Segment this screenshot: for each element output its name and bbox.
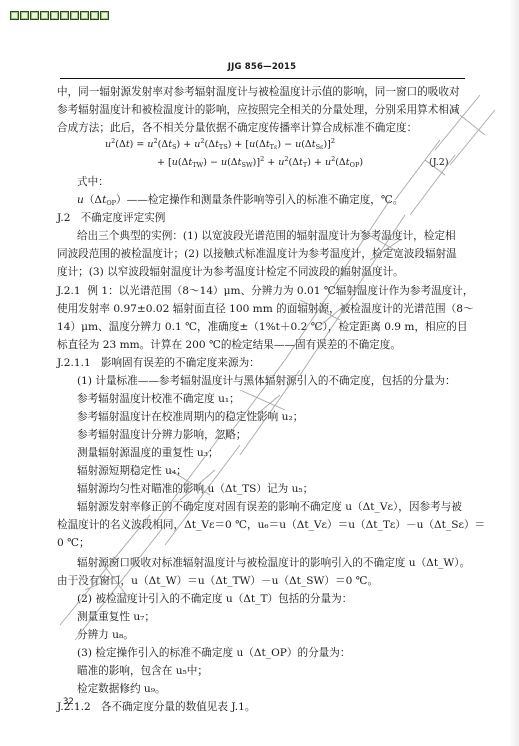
source-item: (1) 计量标准——参考辐射温度计与黑体辐射源引入的不确定度，包括的分量为：: [77, 372, 456, 390]
page-number: 32: [63, 697, 74, 707]
stamp-box: [10, 11, 19, 20]
source-item: 辐射源短期稳定性 u₄；: [77, 462, 187, 480]
section-heading-j2: J.2 不确定度评定实例: [57, 209, 165, 227]
source-item: 分辨力 u₈。: [77, 626, 134, 644]
section-number: J.2: [57, 212, 71, 224]
equation-line-1: u2(Δt) = u2(ΔtS) + u2(ΔtTS) + [u(ΔtTε) −…: [105, 136, 335, 154]
stamp-box: [60, 11, 69, 20]
source-item: 测量辐射源温度的重复性 u₃；: [77, 444, 219, 462]
body-line: 中，同一辐射源发射率对参考辐射温度计与被检温度计示值的影响，同一窗口的吸收对: [57, 83, 460, 101]
scan-stamp-boxes: [10, 11, 109, 20]
source-item: (2) 被检温度计引入的不确定度 u（Δt_T）包括的分量为：: [77, 590, 352, 608]
stamp-box: [80, 11, 89, 20]
equation-line-2: + [u(ΔtTW) − u(ΔtSW)]2 + u2(ΔtT) + u2(Δt…: [157, 154, 363, 172]
body-line: 同波段范围的被检温度计；(2) 以接触式标准温度计为参考温度计，检定宽波段辐射温: [57, 245, 457, 263]
body-line: 标直径为 23 mm。计算在 200 ℃的检定结果——固有误差的不确定度。: [57, 336, 401, 354]
section-title: 影响固有误差的不确定度来源为：: [101, 357, 260, 369]
standard-code-header: JJG 856—2015: [60, 62, 464, 72]
stamp-box: [30, 11, 39, 20]
where-item: u（ΔtOP）——检定操作和测量条件影响等引入的标准不确定度，℃。: [77, 191, 403, 209]
header-rule: [60, 78, 465, 79]
source-item: 辐射源窗口吸收对标准辐射温度计与被检温度计的影响引入的不确定度 u（Δt_W）。: [77, 554, 470, 572]
source-item: 检温度计的名义波段相同，Δt_Vε＝0 ℃，u₆＝u（Δt_Vε）＝u（Δt_T…: [57, 516, 485, 534]
section-title: 不确定度评定实例: [81, 212, 166, 224]
stamp-box: [100, 11, 109, 20]
equation-number: (J.2): [429, 154, 449, 172]
scan-edge-shadow: [509, 0, 519, 746]
source-item: 辐射源均匀性对瞄准的影响 u（Δt_TS）记为 u₅；: [77, 480, 313, 498]
source-item: 测量重复性 u₇；: [77, 608, 155, 626]
section-title: 各不确定度分量的数值见表 J.1。: [101, 701, 256, 713]
body-line: 14）μm、温度分辨力 0.1 ℃，准确度±（1%t＋0.2 ℃），检定距离 0…: [57, 318, 467, 336]
section-j21-line: J.2.1 例 1：以光谱范围（8～14）μm、分辨力为 0.01 ℃辐射温度计…: [57, 282, 473, 300]
source-item: 检定数据修约 u₉。: [77, 680, 166, 698]
stamp-box: [70, 11, 79, 20]
body-line: 度计；(3) 以窄波段辐射温度计为参考温度计检定不同波段的辐射温度计。: [57, 263, 404, 281]
source-item: 参考辐射温度计在校准周期内的稳定性影响 u₂；: [77, 408, 303, 426]
body-line: 合成方法；此后，各不相关分量依据不确定度传播率计算合成标准不确定度：: [57, 119, 417, 137]
stamp-box: [90, 11, 99, 20]
section-number: J.2.1: [57, 285, 81, 297]
stamp-box: [50, 11, 59, 20]
stamp-box: [20, 11, 29, 20]
where-label: 式中：: [77, 173, 109, 191]
source-item: 参考辐射温度计分辨力影响，忽略；: [77, 426, 247, 444]
stamp-box: [40, 11, 49, 20]
section-heading-j211: J.2.1.1 影响固有误差的不确定度来源为：: [57, 354, 260, 372]
section-heading-j212: J.2.1.2 各不确定度分量的数值见表 J.1。: [57, 698, 255, 716]
body-line: 使用发射率 0.97±0.02 辐射面直径 100 mm 的面辐射源，被检温度计…: [57, 300, 474, 318]
source-item: 由于没有窗口，u（Δt_W）＝u（Δt_TW）－u（Δt_SW）＝0 ℃。: [57, 572, 378, 590]
source-item: 0 ℃；: [57, 534, 90, 552]
body-line: 给出三个典型的实例：(1) 以宽波段光谱范围的辐射温度计为参考温度计，检定相: [77, 227, 456, 245]
section-number: J.2.1.1: [57, 357, 91, 369]
source-item: (3) 检定操作引入的标准不确定度 u（Δt_OP）的分量为：: [77, 644, 350, 662]
source-item: 瞄准的影响，包含在 u₅中；: [77, 662, 208, 680]
source-item: 辐射源发射率修正的不确定度对固有误差的影响不确定度 u（Δt_Vε），因参考与被: [77, 498, 462, 516]
body-line: 参考辐射温度计和被检温度计的影响，应按照完全相关的分量处理，分别采用算术相减: [57, 101, 460, 119]
source-item: 参考辐射温度计校准不确定度 u₁；: [77, 390, 240, 408]
